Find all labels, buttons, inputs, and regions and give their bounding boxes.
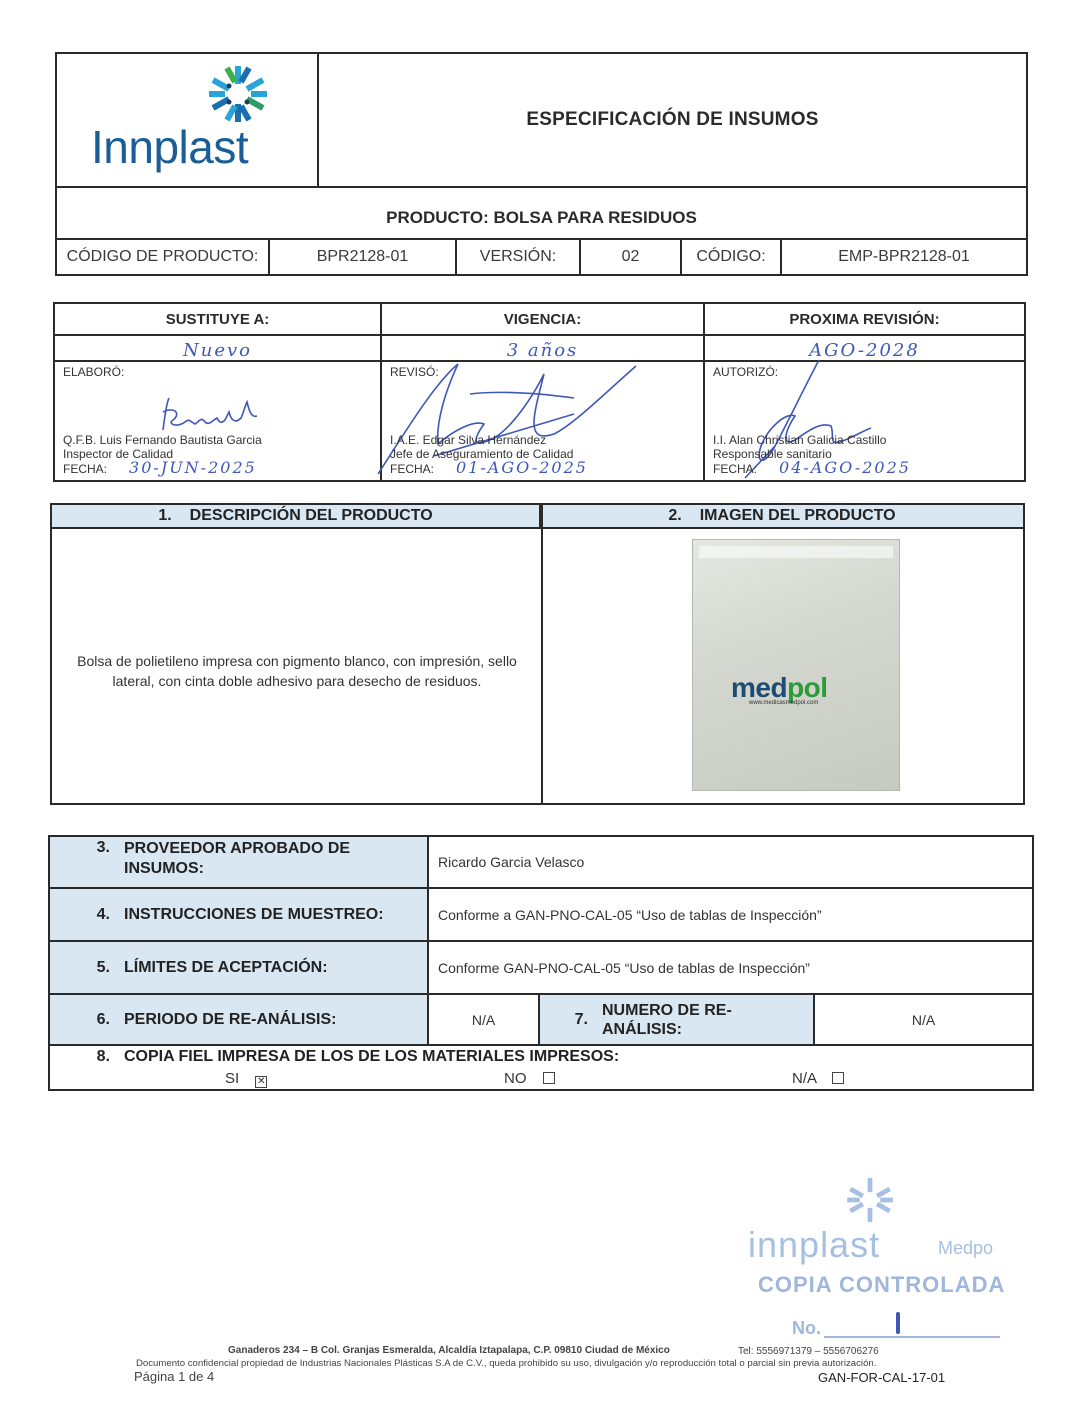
validity-header: VIGENCIA: [382, 304, 703, 336]
version-value: 02 [581, 240, 682, 274]
reanalysis-period-value: N/A [427, 995, 538, 1044]
stamp-text: COPIA CONTROLADA [758, 1272, 1005, 1298]
approval-column-elaboro: SUSTITUYE A: Nuevo ELABORÓ: Q.F.B. Luis … [55, 304, 380, 480]
stamp-logo-icon [844, 1176, 896, 1224]
option-na[interactable]: N/A [792, 1070, 844, 1087]
option-label: SI [225, 1070, 239, 1087]
sampling-row: 4. INSTRUCCIONES DE MUESTREO: Conforme a… [50, 889, 1032, 942]
reviso-person: I.A.E. Edgar Silva Hernández Jefe de Ase… [390, 433, 588, 476]
column-divider [541, 505, 543, 803]
option-si[interactable]: SI ✕ [225, 1070, 267, 1087]
limits-label: 5. LÍMITES DE ACEPTACIÓN: [50, 942, 427, 993]
innplast-logo-icon [205, 64, 271, 124]
approval-column-autorizo: PROXIMA REVISIÓN: AGO-2028 AUTORIZÓ: I.I… [703, 304, 1024, 480]
stamp-number-value-mark [896, 1312, 900, 1334]
product-code-value: BPR2128-01 [270, 240, 457, 274]
section-title: IMAGEN DEL PRODUCTO [700, 507, 896, 525]
reanalysis-row: 6. PERIODO DE RE-ANÁLISIS: N/A 7. NUMERO… [50, 995, 1032, 1046]
checkbox-checked-icon[interactable]: ✕ [255, 1076, 267, 1088]
elaboro-person: Q.F.B. Luis Fernando Bautista Garcia Ins… [63, 433, 262, 476]
section-number: 2. [668, 507, 681, 525]
logo-cell: Innplast [57, 54, 319, 188]
product-row: PRODUCTO: BOLSA PARA RESIDUOS [57, 188, 1026, 240]
reanalysis-number-value: N/A [813, 995, 1032, 1044]
document-header: Innplast ESPECIFICACIÓN DE INSUMOS PRODU… [55, 52, 1028, 276]
autorizo-date: 04-AGO-2025 [779, 458, 911, 477]
option-label: NO [504, 1070, 527, 1087]
footer-address: Ganaderos 234 – B Col. Granjas Esmeralda… [228, 1345, 670, 1356]
page-number: Página 1 de 4 [134, 1369, 214, 1384]
document-title: ESPECIFICACIÓN DE INSUMOS [526, 109, 818, 131]
faithful-copy-label: 8. COPIA FIEL IMPRESA DE LOS DE LOS MATE… [50, 1048, 619, 1066]
reanalysis-number-label: 7. NUMERO DE RE-ANÁLISIS: [538, 995, 813, 1044]
reviso-name: I.A.E. Edgar Silva Hernández [390, 433, 588, 447]
stamp-brand: innplast [748, 1224, 880, 1266]
option-label: N/A [792, 1070, 816, 1087]
product-name: PRODUCTO: BOLSA PARA RESIDUOS [386, 208, 697, 228]
product-code-label: CÓDIGO DE PRODUCTO: [57, 240, 270, 274]
replaces-header: SUSTITUYE A: [55, 304, 380, 336]
controlled-copy-stamp: innplast Medpo COPIA CONTROLADA No. [748, 1176, 1048, 1346]
specification-table: 3. PROVEEDOR APROBADO DE INSUMOS: Ricard… [48, 835, 1034, 1091]
limits-value: Conforme GAN-PNO-CAL-05 “Uso de tablas d… [427, 942, 1032, 993]
document-title-cell: ESPECIFICACIÓN DE INSUMOS [319, 54, 1026, 188]
form-code: GAN-FOR-CAL-17-01 [818, 1370, 945, 1385]
elaboro-date: 30-JUN-2025 [129, 458, 257, 477]
image-header: 2. IMAGEN DEL PRODUCTO [541, 505, 1023, 529]
faithful-copy-row: 8. COPIA FIEL IMPRESA DE LOS DE LOS MATE… [50, 1046, 1032, 1089]
supplier-row: 3. PROVEEDOR APROBADO DE INSUMOS: Ricard… [50, 837, 1032, 889]
version-label: VERSIÓN: [457, 240, 581, 274]
reviso-date-label: FECHA: [390, 462, 434, 476]
section-title: DESCRIPCIÓN DEL PRODUCTO [190, 507, 433, 525]
reanalysis-period-label: 6. PERIODO DE RE-ANÁLISIS: [50, 995, 427, 1044]
checkbox-empty-icon[interactable] [543, 1072, 555, 1084]
approval-table: SUSTITUYE A: Nuevo ELABORÓ: Q.F.B. Luis … [53, 302, 1026, 482]
supplier-label: 3. PROVEEDOR APROBADO DE INSUMOS: [50, 837, 427, 887]
elaboro-label: ELABORÓ: [63, 365, 124, 379]
description-text: Bolsa de polietileno impresa con pigment… [62, 651, 532, 691]
section-number: 1. [158, 507, 171, 525]
adhesive-strip [699, 546, 893, 558]
footer-phone: Tel: 5556971379 – 5556706276 [738, 1346, 879, 1357]
stamp-sub-brand: Medpo [938, 1238, 993, 1259]
supplier-value: Ricardo Garcia Velasco [427, 837, 1032, 887]
product-image: medpol www.medicasmedpol.com [692, 539, 900, 791]
bag-url: www.medicasmedpol.com [749, 700, 818, 706]
elaboro-name: Q.F.B. Luis Fernando Bautista Garcia [63, 433, 262, 447]
stamp-number-line [824, 1336, 1000, 1338]
option-no[interactable]: NO [504, 1070, 555, 1087]
code-value: EMP-BPR2128-01 [782, 240, 1026, 274]
description-header: 1. DESCRIPCIÓN DEL PRODUCTO [52, 505, 541, 529]
footer-confidential: Documento confidencial propiedad de Indu… [136, 1358, 876, 1369]
code-row: CÓDIGO DE PRODUCTO: BPR2128-01 VERSIÓN: … [57, 240, 1026, 274]
checkbox-empty-icon[interactable] [832, 1072, 844, 1084]
logo-text: Innplast [91, 120, 248, 174]
limits-row: 5. LÍMITES DE ACEPTACIÓN: Conforme GAN-P… [50, 942, 1032, 995]
next-review-header: PROXIMA REVISIÓN: [705, 304, 1024, 336]
autorizo-name: I.I. Alan Christian Galicia Castillo [713, 433, 911, 447]
autorizo-person: I.I. Alan Christian Galicia Castillo Res… [713, 433, 911, 476]
approval-column-reviso: VIGENCIA: 3 años REVISÓ: I.A.E. Edgar Si… [380, 304, 703, 480]
replaces-value: Nuevo [55, 336, 380, 362]
elaboro-date-label: FECHA: [63, 462, 107, 476]
reviso-date: 01-AGO-2025 [456, 458, 588, 477]
sampling-value: Conforme a GAN-PNO-CAL-05 “Uso de tablas… [427, 889, 1032, 940]
autorizo-date-label: FECHA: [713, 462, 757, 476]
sampling-label: 4. INSTRUCCIONES DE MUESTREO: [50, 889, 427, 940]
stamp-number-label: No. [792, 1318, 821, 1339]
code-label: CÓDIGO: [682, 240, 782, 274]
signature-icon [155, 392, 265, 434]
